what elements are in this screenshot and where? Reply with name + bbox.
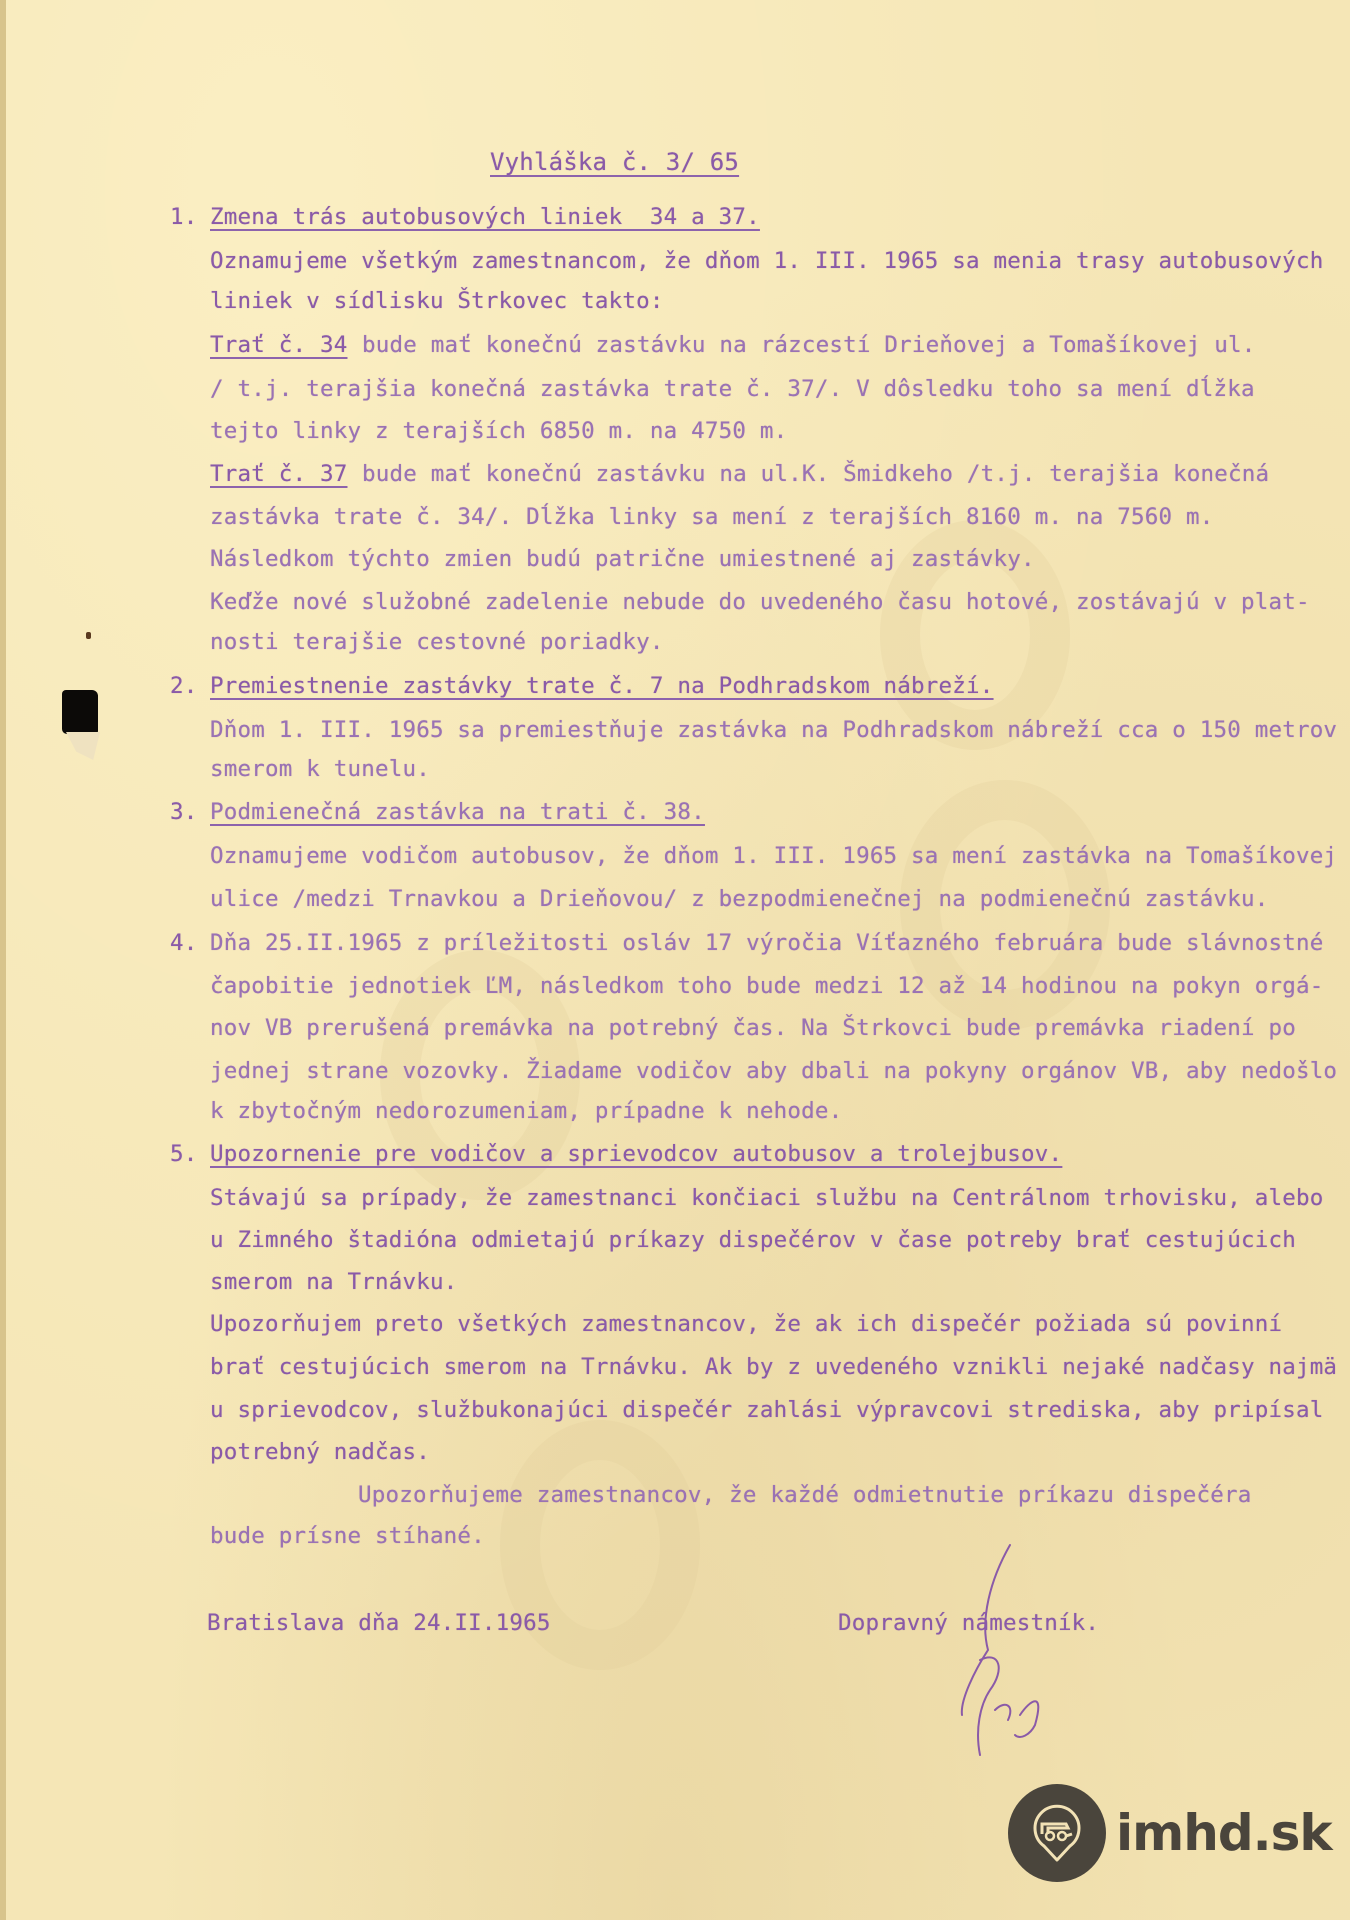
route-label: Trať č. 37 [210,461,347,487]
section-heading: Premiestnenie zastávky trate č. 7 na Pod… [210,673,994,699]
body-line: nov VB prerušená premávka na potrebný ča… [210,1015,1296,1041]
body-line: Upozorňujeme zamestnancov, že každé odmi… [358,1482,1252,1508]
body-line: nosti terajšie cestovné poriadky. [210,629,664,655]
paper-speck [86,632,91,639]
section-heading: Podmienečná zastávka na trati č. 38. [210,799,705,825]
body-line: / t.j. terajšia konečná zastávka trate č… [210,376,1255,402]
body-line: bude prísne stíhané. [210,1523,485,1549]
imhd-logo: imhd.sk [1008,1784,1332,1882]
section-number: 5. [170,1141,198,1167]
body-line: bude mať konečnú zastávku na rázcestí Dr… [362,332,1256,358]
bus-pin-icon [1008,1784,1106,1882]
body-line: u sprievodcov, službukonajúci dispečér z… [210,1397,1323,1423]
section-number: 2. [170,673,198,699]
section-number: 4. [170,930,198,956]
document-title: Vyhláška č. 3/ 65 [490,148,739,176]
route-label: Trať č. 34 [210,332,347,358]
body-line: brať cestujúcich smerom na Trnávku. Ak b… [210,1354,1337,1380]
body-line: Dňom 1. III. 1965 sa premiestňuje zastáv… [210,717,1337,743]
punch-hole [62,690,98,734]
body-line: smerom k tunelu. [210,756,430,782]
body-line: Keďže nové služobné zadelenie nebude do … [210,589,1310,615]
body-line: Oznamujeme vodičom autobusov, že dňom 1.… [210,843,1337,869]
logo-wordmark: imhd.sk [1116,1804,1332,1862]
paper-edge [0,0,6,1920]
body-line: Následkom týchto zmien budú patrične umi… [210,546,1035,572]
body-line: u Zimného štadióna odmietajú príkazy dis… [210,1227,1296,1253]
body-line: zastávka trate č. 34/. Dĺžka linky sa me… [210,504,1213,530]
body-line: smerom na Trnávku. [210,1269,457,1295]
body-line: Dňa 25.II.1965 z príležitosti osláv 17 v… [210,930,1323,956]
section-number: 1. [170,204,198,230]
body-line: Upozorňujem preto všetkých zamestnancov,… [210,1311,1282,1337]
body-line: liniek v sídlisku Štrkovec takto: [210,288,664,314]
section-heading: Upozornenie pre vodičov a sprievodcov au… [210,1141,1062,1167]
body-line: k zbytočným nedorozumeniam, prípadne k n… [210,1098,842,1124]
section-heading: Zmena trás autobusových liniek 34 a 37. [210,204,760,230]
body-line: tejto linky z terajších 6850 m. na 4750 … [210,418,787,444]
body-line: čapobitie jednotiek ĽM, následkom toho b… [210,973,1323,999]
body-line: Stávajú sa prípady, že zamestnanci konči… [210,1185,1323,1211]
body-line: jednej strane vozovky. Žiadame vodičov a… [210,1058,1337,1084]
body-line: ulice /medzi Trnavkou a Drieňovou/ z bez… [210,886,1268,912]
place-date: Bratislava dňa 24.II.1965 [207,1610,551,1636]
paper-tear [66,732,100,760]
body-line: potrebný nadčas. [210,1439,430,1465]
body-line: bude mať konečnú zastávku na ul.K. Šmidk… [362,461,1269,487]
body-line: Oznamujeme všetkým zamestnancom, že dňom… [210,248,1323,274]
section-number: 3. [170,799,198,825]
handwritten-signature [880,1540,1060,1760]
